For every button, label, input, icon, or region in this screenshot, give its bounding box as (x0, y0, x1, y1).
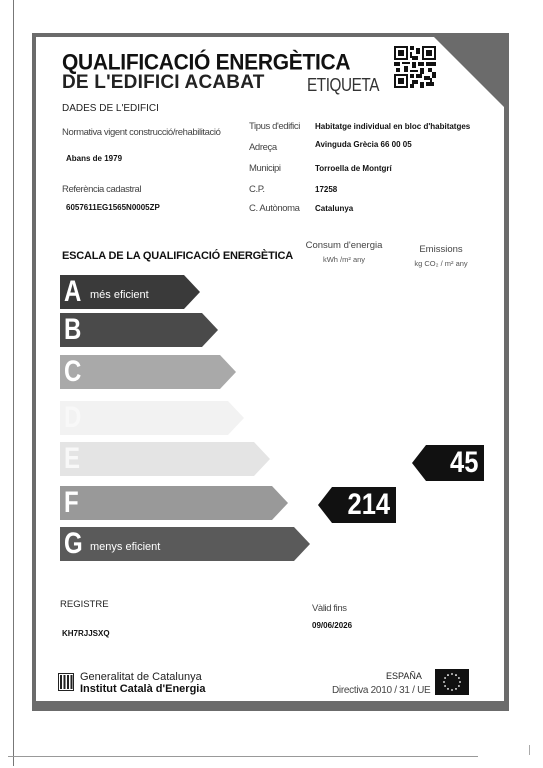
page-edge (13, 0, 14, 766)
rating-letter: A (64, 275, 81, 309)
rating-arrow-g: Gmenys eficient (60, 527, 310, 561)
rating-letter: E (64, 442, 80, 476)
address-value: Avinguda Grècia 66 00 05 (315, 140, 412, 149)
label-etiqueta: ETIQUETA (307, 75, 379, 96)
emissions-rating-badge: 45 (412, 445, 484, 481)
rating-arrow-c: C (60, 355, 236, 389)
consumption-rating-badge: 214 (318, 487, 396, 523)
regulation-value: Abans de 1979 (66, 154, 122, 163)
rating-letter: D (64, 401, 81, 435)
section-title-building-data: DADES DE L'EDIFICI (62, 103, 159, 114)
rating-caption: menys eficient (90, 541, 160, 553)
energy-label-card: QUALIFICACIÓ ENERGÈTICA DE L'EDIFICI ACA… (32, 33, 509, 711)
valid-until-label: Vàlid fins (312, 603, 347, 614)
page-edge (529, 745, 530, 755)
emissions-unit: kg CO₂ / m² any (401, 259, 481, 268)
municipality-label: Municipi (249, 163, 281, 174)
rating-letter: C (64, 355, 81, 389)
address-label: Adreça (249, 142, 277, 153)
consumption-value: 214 (347, 487, 390, 523)
scale-title: ESCALA DE LA QUALIFICACIÓ ENERGÈTICA (62, 250, 293, 262)
energy-label-content: QUALIFICACIÓ ENERGÈTICA DE L'EDIFICI ACA… (36, 37, 504, 701)
municipality-value: Torroella de Montgrí (315, 164, 392, 173)
arrow-shape (60, 486, 288, 520)
generalitat-logo-icon (58, 673, 74, 691)
valid-until-value: 09/06/2026 (312, 621, 352, 630)
consumption-unit: kWh /m² any (304, 255, 384, 264)
rating-letter: G (64, 527, 83, 561)
rating-arrow-b: B (60, 313, 218, 347)
country-label: ESPAÑA (386, 671, 422, 681)
rating-arrow-a: Amés eficient (60, 275, 200, 309)
qr-code-icon (394, 46, 436, 88)
rating-arrow-f: F (60, 486, 288, 520)
arrow-shape (60, 313, 218, 347)
corner-decoration (434, 37, 504, 107)
region-label: C. Autònoma (249, 203, 300, 214)
registry-value: KH7RJJSXQ (62, 629, 110, 638)
org-name-line-1: Generalitat de Catalunya (80, 671, 202, 683)
arrow-shape (60, 355, 236, 389)
rating-caption: més eficient (90, 289, 149, 301)
cadastral-label: Referència cadastral (62, 184, 141, 195)
directive-label: Directiva 2010 / 31 / UE (332, 685, 430, 696)
building-type-value: Habitatge individual en bloc d'habitatge… (315, 122, 470, 131)
arrow-shape (60, 442, 270, 476)
emissions-header: Emissions (401, 244, 481, 255)
regulation-label: Normativa vigent construcció/rehabilitac… (62, 127, 221, 138)
eu-flag-icon (435, 669, 469, 695)
postal-code-label: C.P. (249, 184, 265, 195)
title-line-2: DE L'EDIFICI ACABAT (62, 72, 265, 94)
page-edge (8, 756, 478, 757)
emissions-value: 45 (450, 445, 478, 481)
rating-letter: B (64, 313, 81, 347)
registry-label: REGISTRE (60, 599, 109, 610)
rating-arrow-e: E (60, 442, 270, 476)
arrow-shape (60, 401, 244, 435)
consumption-header: Consum d'energia (304, 240, 384, 251)
org-name-line-2: Institut Català d'Energia (80, 683, 205, 695)
building-type-label: Tipus d'edifici (249, 121, 300, 132)
rating-arrow-d: D (60, 401, 244, 435)
postal-code-value: 17258 (315, 185, 337, 194)
region-value: Catalunya (315, 204, 353, 213)
rating-letter: F (64, 486, 79, 520)
cadastral-value: 6057611EG1565N0005ZP (66, 203, 160, 212)
